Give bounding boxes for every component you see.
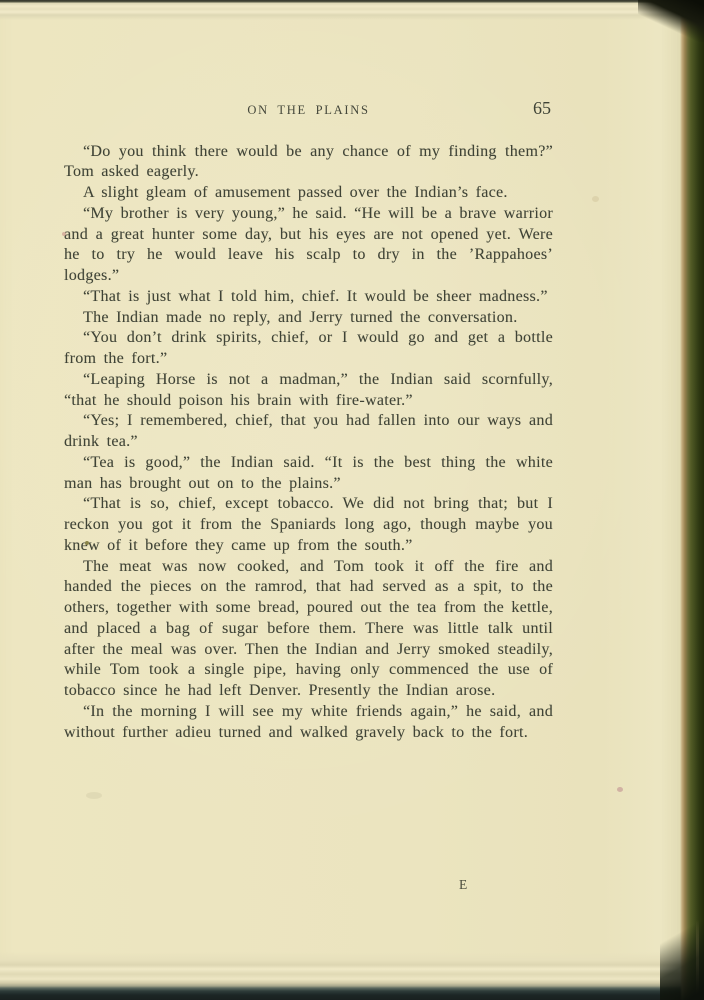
paper-stain [86, 792, 102, 799]
paragraph: “My brother is very young,” he said. “He… [64, 204, 553, 287]
paragraph: “In the morning I will see my white frie… [64, 702, 553, 744]
paragraph: “Do you think there would be any chance … [64, 142, 553, 184]
paragraph: “Yes; I remembered, chief, that you had … [64, 411, 553, 453]
body-text: “Do you think there would be any chance … [64, 142, 553, 744]
paragraph: “Tea is good,” the Indian said. “It is t… [64, 453, 553, 495]
paragraph: “That is so, chief, except tobacco. We d… [64, 494, 553, 556]
paper-speck [617, 787, 623, 792]
signature-mark: E [459, 877, 468, 893]
paragraph: “You don’t drink spirits, chief, or I wo… [64, 328, 553, 370]
running-title: ON THE PLAINS [64, 103, 553, 118]
paragraph: The meat was now cooked, and Tom took it… [64, 557, 553, 702]
paragraph: A slight gleam of amusement passed over … [64, 183, 553, 204]
book-cover-corner-bottom-right [660, 905, 704, 1000]
scanned-book-page: ON THE PLAINS 65 “Do you think there wou… [0, 0, 704, 1000]
paragraph: “Leaping Horse is not a madman,” the Ind… [64, 370, 553, 412]
running-header: ON THE PLAINS 65 [64, 100, 553, 124]
book-cover-corner-top-right [638, 0, 704, 42]
paper-speck [85, 541, 89, 545]
paper-speck [62, 232, 66, 236]
book-cover-edge-right [680, 0, 704, 1000]
page-edge-bottom [0, 952, 690, 1000]
paragraph: “That is just what I told him, chief. It… [64, 287, 553, 308]
page-edge-top [0, 0, 686, 20]
page-number: 65 [533, 98, 551, 119]
paper-speck [592, 196, 599, 202]
paragraph: The Indian made no reply, and Jerry turn… [64, 308, 553, 329]
